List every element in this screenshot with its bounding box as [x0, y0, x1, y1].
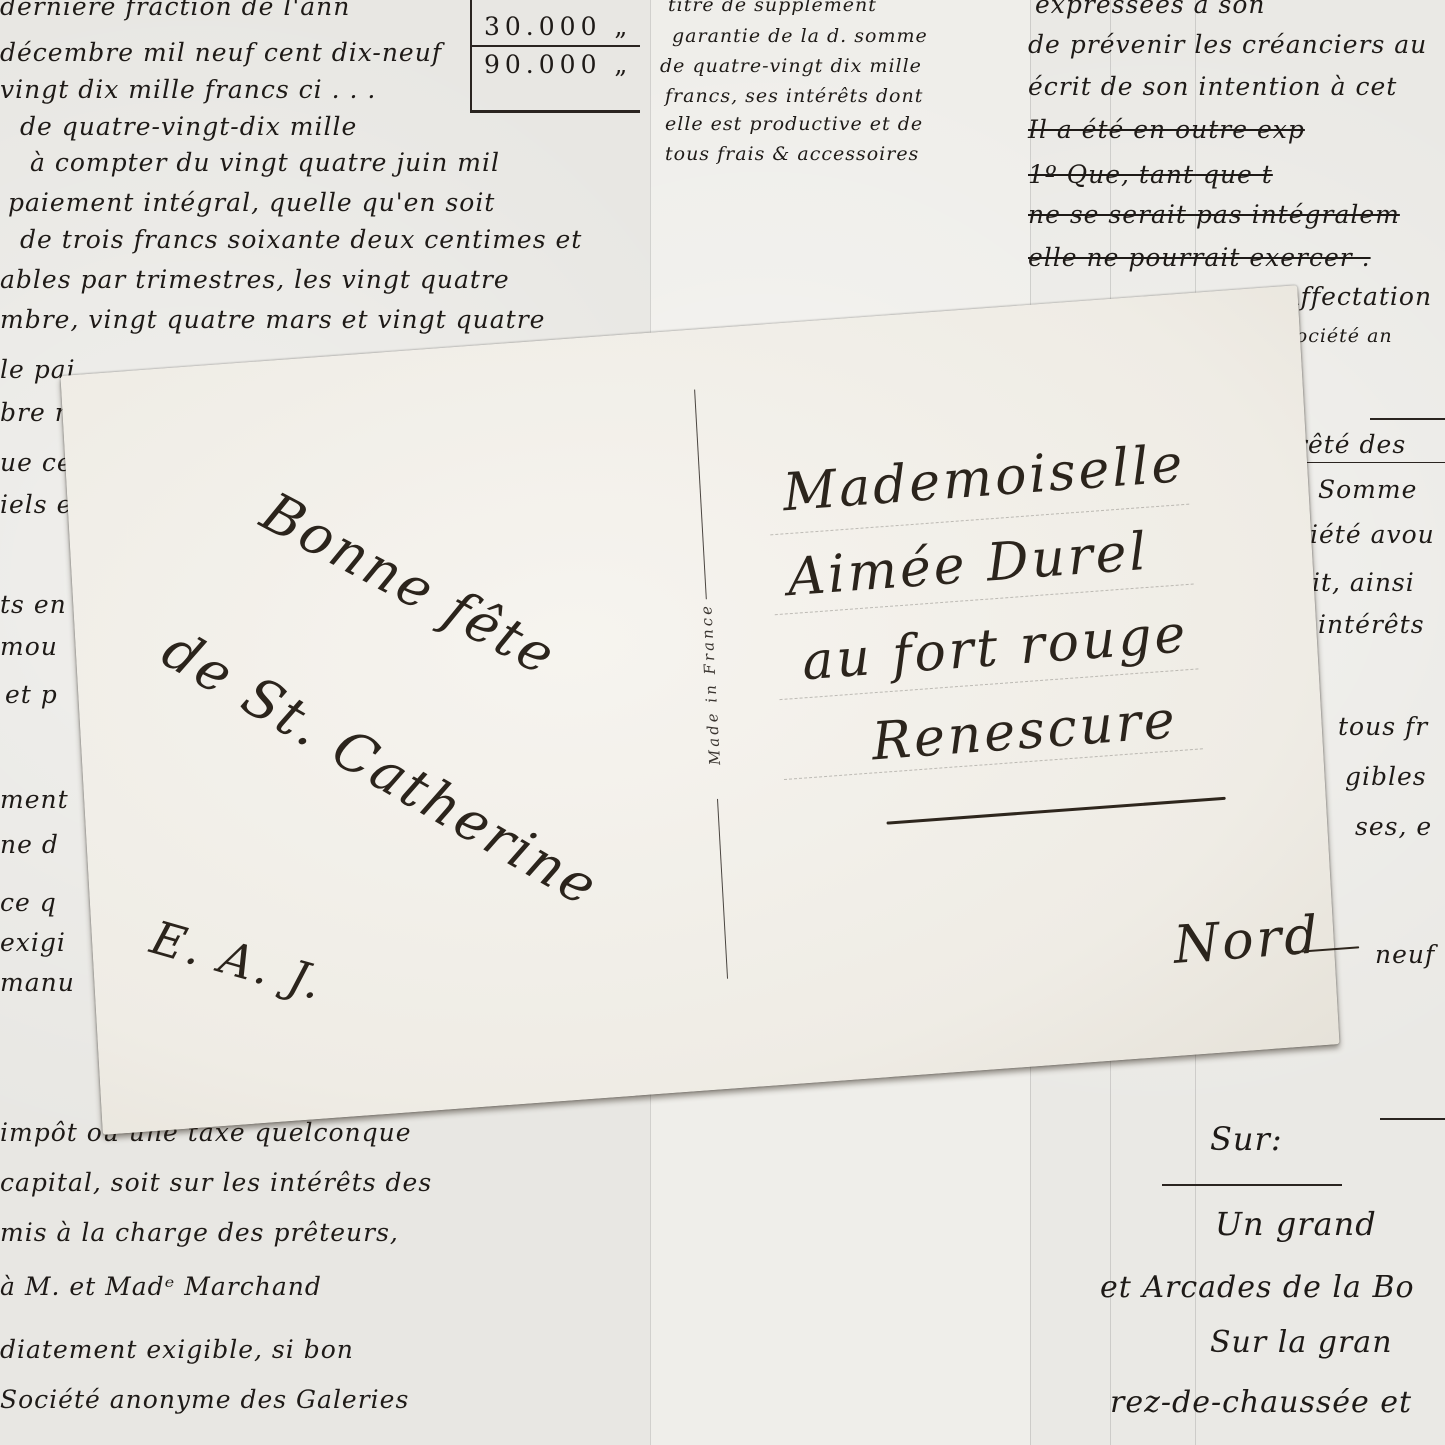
- handwritten-line: dernière fraction de l'ann: [0, 0, 350, 21]
- handwritten-line: de prévenir les créanciers au: [1028, 30, 1427, 59]
- handwritten-line: et Arcades de la Bo: [1100, 1270, 1415, 1305]
- handwritten-line: et p: [5, 680, 58, 709]
- handwritten-line: rez-de-chaussée et: [1110, 1385, 1412, 1420]
- handwritten-line: décembre mil neuf cent dix-neuf: [0, 38, 442, 67]
- handwritten-line: ables par trimestres, les vingt quatre: [0, 265, 510, 294]
- handwritten-heading: Sur:: [1210, 1120, 1283, 1158]
- handwritten-line: garantie de la d. somme: [672, 25, 928, 47]
- struck-handwritten-line: 1º Que, tant que t: [1028, 160, 1273, 189]
- handwritten-line: de trois francs soixante deux centimes e…: [20, 225, 582, 254]
- address-line-1: Mademoiselle: [781, 434, 1186, 523]
- postcard: Made in France Bonne fête de St. Catheri…: [60, 285, 1339, 1135]
- handwritten-line: Affectation: [1282, 282, 1432, 311]
- handwritten-line: société an: [1285, 325, 1393, 347]
- made-in-france-label: Made in France: [697, 602, 724, 765]
- handwritten-line: ne d: [0, 830, 59, 859]
- heading-underline: [1295, 462, 1445, 463]
- handwritten-line: exigi: [0, 928, 66, 957]
- handwritten-line: de quatre-vingt dix mille: [660, 55, 922, 77]
- handwritten-line: Sur la gran: [1210, 1325, 1393, 1360]
- heading-underline: [1162, 1184, 1342, 1186]
- handwritten-line: tous fr: [1338, 712, 1428, 741]
- handwritten-line: titre de supplément: [668, 0, 877, 16]
- address-line-4: Renescure: [870, 690, 1179, 772]
- struck-handwritten-line: elle ne pourrait exercer .: [1028, 243, 1371, 272]
- address-region: Nord: [1172, 905, 1322, 976]
- ledger-box: 30.000 „ 90.000 „: [470, 0, 640, 113]
- handwritten-line: Un grand: [1215, 1205, 1377, 1243]
- handwritten-line: mou: [0, 632, 58, 661]
- handwritten-line: francs, ses intérêts dont: [665, 85, 923, 107]
- heading-underline: [1380, 1118, 1445, 1120]
- handwritten-line: neuf: [1375, 940, 1435, 969]
- handwritten-line: à compter du vingt quatre juin mil: [30, 148, 500, 177]
- handwritten-line: elle est productive et de: [665, 113, 923, 135]
- handwritten-line: paiement intégral, quelle qu'en soit: [8, 188, 495, 217]
- handwritten-line: manu: [0, 968, 75, 997]
- handwritten-line: capital, soit sur les intérêts des: [0, 1168, 432, 1197]
- handwritten-line: ts en: [0, 590, 67, 619]
- handwritten-line: diatement exigible, si bon: [0, 1335, 354, 1364]
- handwritten-line: mbre, vingt quatre mars et vingt quatre: [0, 305, 545, 334]
- handwritten-line: ses, e: [1355, 812, 1432, 841]
- ledger-divider: [472, 45, 640, 47]
- handwritten-line: intérêts: [1318, 610, 1425, 639]
- handwritten-line: it, ainsi: [1312, 568, 1415, 597]
- handwritten-line: mis à la charge des prêteurs,: [0, 1218, 399, 1247]
- address-line-2: Aimée Durel: [786, 522, 1150, 608]
- handwritten-line: Somme: [1318, 475, 1417, 504]
- handwritten-line: écrit de son intention à cet: [1028, 72, 1397, 101]
- handwritten-line: à M. et Madᵉ Marchand: [0, 1272, 322, 1301]
- handwritten-line: tous frais & accessoires: [665, 143, 919, 165]
- ledger-value: 90.000 „: [484, 50, 632, 79]
- struck-handwritten-line: ne se serait pas intégralem: [1028, 200, 1400, 229]
- handwritten-line: expressées à son: [1035, 0, 1266, 19]
- heading-underline: [1370, 418, 1445, 420]
- handwritten-line: gibles: [1345, 762, 1427, 791]
- handwritten-line: rêté des: [1295, 430, 1406, 459]
- handwritten-line: iels e: [0, 490, 72, 519]
- handwritten-line: Société anonyme des Galeries: [0, 1385, 409, 1414]
- address-line-3: au fort rouge: [801, 604, 1190, 692]
- handwritten-line: vingt dix mille francs ci . . .: [0, 75, 376, 104]
- signature: E. A. J.: [145, 910, 332, 1011]
- ledger-value: 30.000 „: [484, 12, 632, 41]
- handwritten-line: ce q: [0, 888, 57, 917]
- greeting-line-1: Bonne fête: [251, 480, 567, 688]
- struck-handwritten-line: Il a été en outre exp: [1028, 115, 1305, 144]
- address-underline: [886, 797, 1225, 825]
- handwritten-line: ment: [0, 785, 69, 814]
- handwritten-line: iété avou: [1310, 520, 1435, 549]
- handwritten-line: de quatre-vingt-dix mille: [20, 112, 357, 141]
